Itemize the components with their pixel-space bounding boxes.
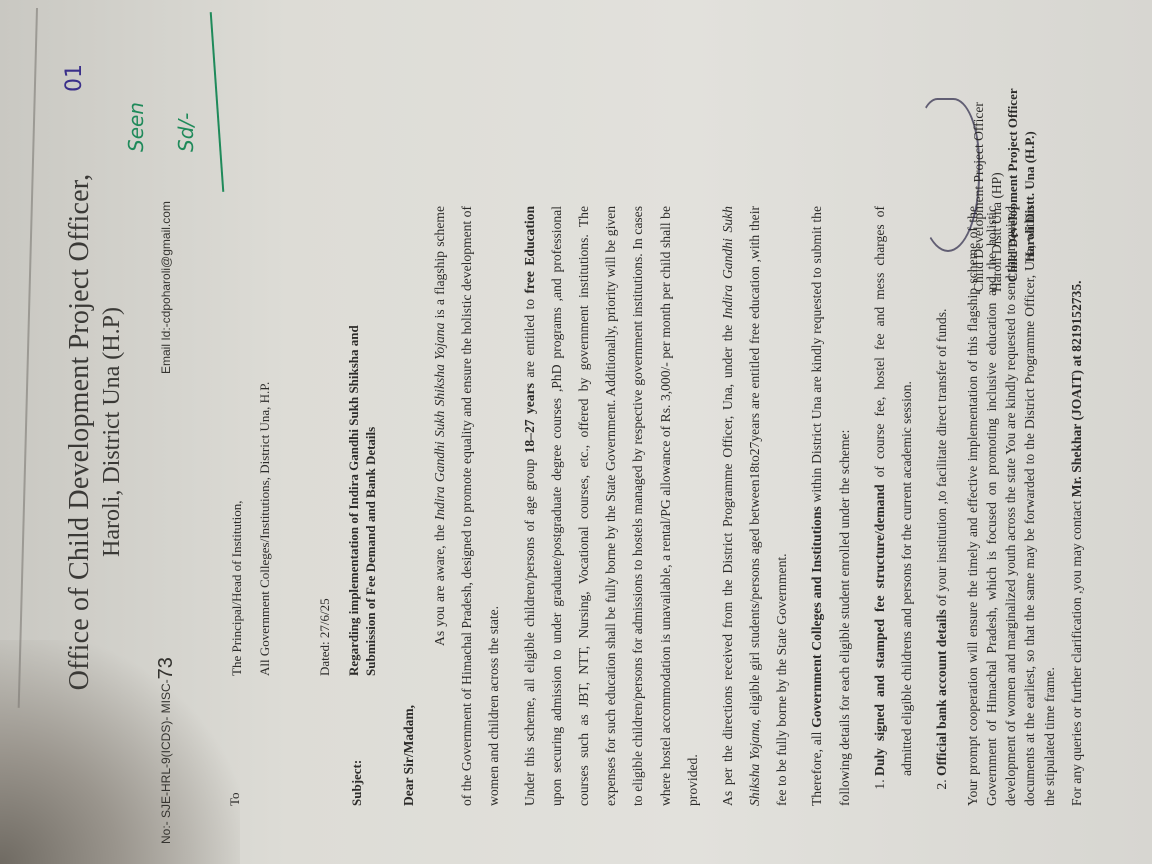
- paragraph-directions: As per the directions received from the …: [714, 206, 796, 806]
- contact-person: Mr. Shekhar (JOAIT) at 8219152735.: [1069, 280, 1084, 497]
- free-education: free Education: [522, 206, 537, 293]
- handwritten-seen: Seen: [126, 102, 146, 152]
- text: upon securing admission to under graduat…: [549, 206, 700, 806]
- text: For any queries or further clarification…: [1069, 497, 1084, 806]
- stamp-line-1: Child Development Project Officer: [1005, 88, 1022, 282]
- paper-edge: [18, 8, 38, 708]
- scheme-name: Indira Gandhi Sukh Shiksha Yojana: [432, 323, 447, 521]
- letter-date: Dated: 27/6/25: [318, 598, 331, 676]
- handwritten-initials: Sd/-: [176, 113, 196, 152]
- reference-number: 73: [155, 657, 177, 679]
- item-title: Duly signed and stamped fee structure/de…: [872, 484, 887, 776]
- text: are entitled to: [522, 293, 537, 383]
- paragraph-contact: For any queries or further clarification…: [1067, 206, 1086, 806]
- institutions: Government Colleges and Institutions: [809, 506, 824, 727]
- initials-underline: [210, 12, 225, 192]
- list-item: Official bank account details of your in…: [928, 206, 955, 776]
- photo-background: Office of Child Development Project Offi…: [0, 0, 1152, 864]
- handwritten-serial: 01: [64, 64, 86, 92]
- text: Under this scheme, all eligible children…: [522, 453, 537, 806]
- text: As you are aware, the: [432, 520, 447, 646]
- reference-line: No:- SJE-HRL-9(ICDS)- MISC-73 Email Id:-…: [156, 44, 176, 844]
- text: Therefore, all: [809, 728, 824, 806]
- signatory-title: Child Development Project Officer: [970, 88, 988, 292]
- letterhead: Office of Child Development Project Offi…: [66, 72, 124, 792]
- office-location: Haroli, District Una (H.P): [100, 72, 124, 792]
- signatory-location: Haroli Distt Una (HP): [988, 88, 1006, 292]
- signature-block: Child Development Project Officer Haroli…: [970, 88, 1039, 292]
- text: As per the directions received from the …: [720, 319, 735, 806]
- recipient-line-2: All Government Colleges/Institutions, Di…: [256, 296, 274, 676]
- subject-text: Regarding implementation of Indira Gandh…: [346, 286, 380, 676]
- salutation: Dear Sir/Madam,: [402, 705, 416, 806]
- item-title: Official bank account details: [934, 609, 949, 776]
- required-documents-list: Duly signed and stamped fee structure/de…: [866, 206, 956, 806]
- reference-number-prefix: No:- SJE-HRL-9(ICDS)- MISC-: [159, 679, 173, 844]
- age-range: 18–27 years: [522, 383, 537, 453]
- item-text: of your institution ,to facilitate direc…: [934, 309, 949, 610]
- recipient-line-1: The Principal/Head of Institution,: [228, 296, 246, 676]
- office-title: Office of Child Development Project Offi…: [66, 72, 94, 792]
- paragraph-request: Therefore, all Government Colleges and I…: [803, 206, 857, 806]
- recipient-address: The Principal/Head of Institution, All G…: [228, 296, 283, 676]
- paragraph-intro: As you are aware, the Indira Gandhi Sukh…: [426, 206, 508, 806]
- office-email: Email Id:-cdpoharoli@gmail.com: [160, 201, 172, 374]
- letter-body: As you are aware, the Indira Gandhi Sukh…: [426, 206, 1094, 806]
- list-item: Duly signed and stamped fee structure/de…: [866, 206, 920, 776]
- text: , eligible girl students/persons aged be…: [747, 206, 789, 806]
- to-label: To: [228, 792, 241, 806]
- paragraph-eligibility: Under this scheme, all eligible children…: [516, 206, 706, 806]
- letter-page: Office of Child Development Project Offi…: [56, 12, 1096, 852]
- paragraph-cooperation: Your prompt cooperation will ensure the …: [963, 206, 1058, 806]
- stamp-line-2: Haroli Distt. Una (H.P.): [1022, 88, 1039, 262]
- subject-label: Subject:: [350, 760, 363, 806]
